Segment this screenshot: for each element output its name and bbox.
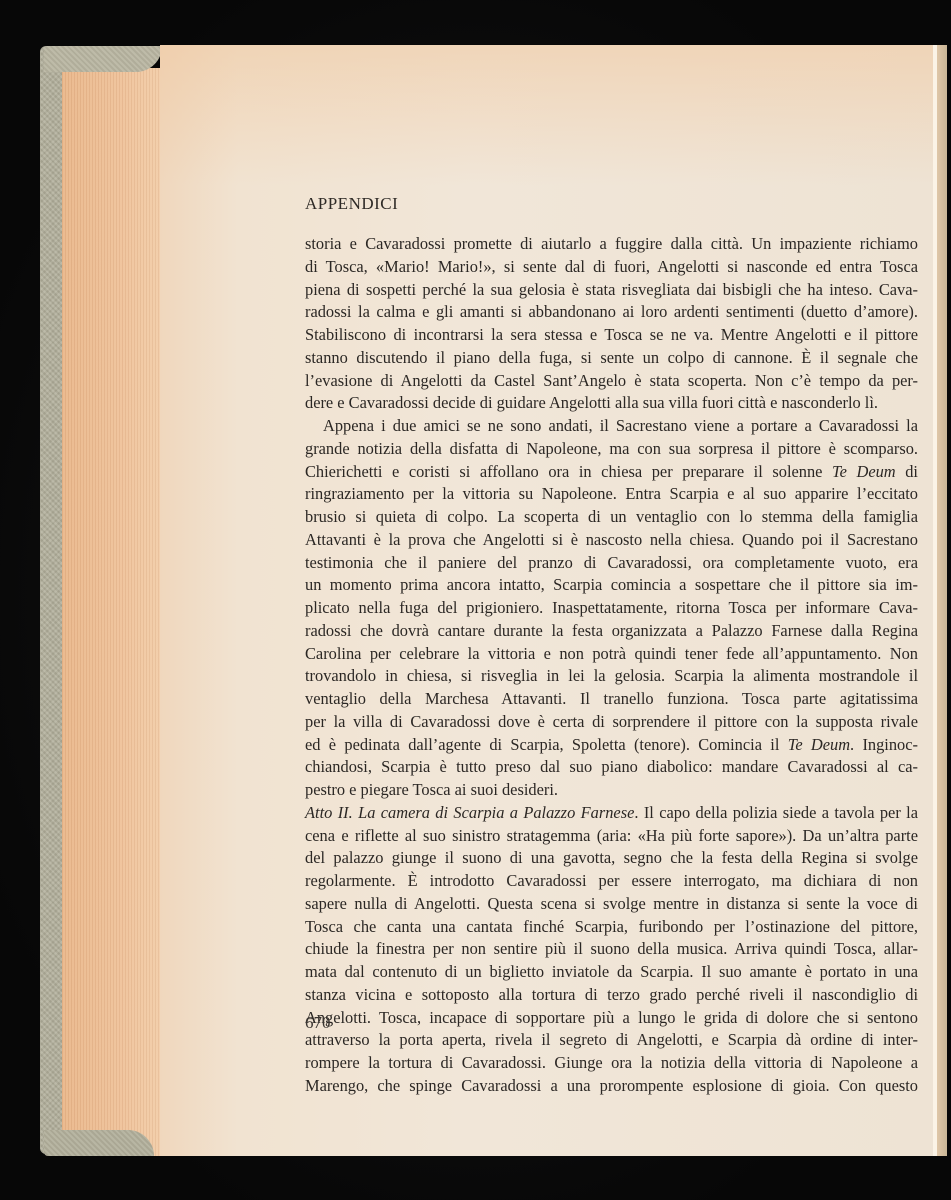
text-line: attraverso la porta aperta, rivela il se… [305, 1029, 918, 1052]
book-cover-bottom-corner [44, 1130, 154, 1156]
text-line: pestro e piegare Tosca ai suoi desideri. [305, 779, 918, 802]
text-line: un momento prima ancora intatto, Scarpia… [305, 574, 918, 597]
text-line: testimonia che il paniere del pranzo di … [305, 552, 918, 575]
text-line: grande notizia della disfatta di Napoleo… [305, 438, 918, 461]
page-number: 670 [305, 1013, 331, 1033]
text-line: radossi che dovrà cantare durante la fes… [305, 620, 918, 643]
text-segment: Chierichetti e coristi si affollano ora … [305, 462, 832, 481]
text-line: cena e riflette al suo sinistro stratage… [305, 825, 918, 848]
text-line: ringraziamento per la vittoria su Napole… [305, 483, 918, 506]
body-text: storia e Cavaradossi promette di aiutarl… [305, 233, 918, 1098]
text-line: chiude la finestra per non sentire più i… [305, 938, 918, 961]
text-line: Angelotti. Tosca, incapace di sopportare… [305, 1007, 918, 1030]
text-line: trovandolo in chiesa, si risveglia in le… [305, 665, 918, 688]
text-line: sapere nulla di Angelotti. Questa scena … [305, 893, 918, 916]
running-head: APPENDICI [305, 194, 398, 214]
text-line: di Tosca, «Mario! Mario!», si sente dal … [305, 256, 918, 279]
text-line: Carolina per celebrare la vittoria e non… [305, 643, 918, 666]
text-line: storia e Cavaradossi promette di aiutarl… [305, 233, 918, 256]
italic-title: Te Deum [788, 735, 850, 754]
text-segment: . Il capo della polizia siede a tavola p… [634, 803, 918, 822]
text-line: mata dal contenuto di un biglietto invia… [305, 961, 918, 984]
text-line-with-italic: ed è pedinata dall’agente di Scarpia, Sp… [305, 734, 918, 757]
text-line: stanno discutendo il piano della fuga, s… [305, 347, 918, 370]
page-edges [62, 68, 162, 1156]
text-line: stanza vicina e sottoposto alla tortura … [305, 984, 918, 1007]
text-line-with-italic: Chierichetti e coristi si affollano ora … [305, 461, 918, 484]
text-line: radossi la calma e gli amanti si abbando… [305, 301, 918, 324]
text-line: brusio si quieta di colpo. La scoperta d… [305, 506, 918, 529]
book-cover-top-corner [44, 46, 162, 72]
text-line: dere e Cavaradossi decide di guidare Ang… [305, 392, 918, 415]
act-heading-italic: Atto II. La camera di Scarpia a Palazzo … [305, 803, 634, 822]
text-line: rompere la tortura di Cavaradossi. Giung… [305, 1052, 918, 1075]
text-line: chiandosi, Scarpia è tutto preso dal suo… [305, 756, 918, 779]
text-line: Attavanti è la prova che Angelotti si è … [305, 529, 918, 552]
text-segment: . Inginoc- [850, 735, 918, 754]
text-line: per la villa di Cavaradossi dove è certa… [305, 711, 918, 734]
text-line: plicato nella fuga del prigioniero. Inas… [305, 597, 918, 620]
text-line: Appena i due amici se ne sono andati, il… [305, 415, 918, 438]
text-segment: di [896, 462, 918, 481]
text-line: Marengo, che spinge Cavaradossi a una pr… [305, 1075, 918, 1098]
text-line: Stabiliscono di incontrarsi la sera stes… [305, 324, 918, 347]
book-photo-scene: APPENDICI storia e Cavaradossi promette … [0, 0, 951, 1200]
italic-title: Te Deum [832, 462, 896, 481]
act-heading-line: Atto II. La camera di Scarpia a Palazzo … [305, 802, 918, 825]
text-line: l’evasione di Angelotti da Castel Sant’A… [305, 370, 918, 393]
facing-page-edge [937, 45, 947, 1156]
text-line: ventaglio della Marchesa Attavanti. Il t… [305, 688, 918, 711]
text-line: Tosca che canta una cantata finché Scarp… [305, 916, 918, 939]
text-line: regolarmente. È introdotto Cavaradossi p… [305, 870, 918, 893]
text-line: piena di sospetti perché la sua gelosia … [305, 279, 918, 302]
text-line: del palazzo giunge il suono di una gavot… [305, 847, 918, 870]
text-segment: ed è pedinata dall’agente di Scarpia, Sp… [305, 735, 788, 754]
